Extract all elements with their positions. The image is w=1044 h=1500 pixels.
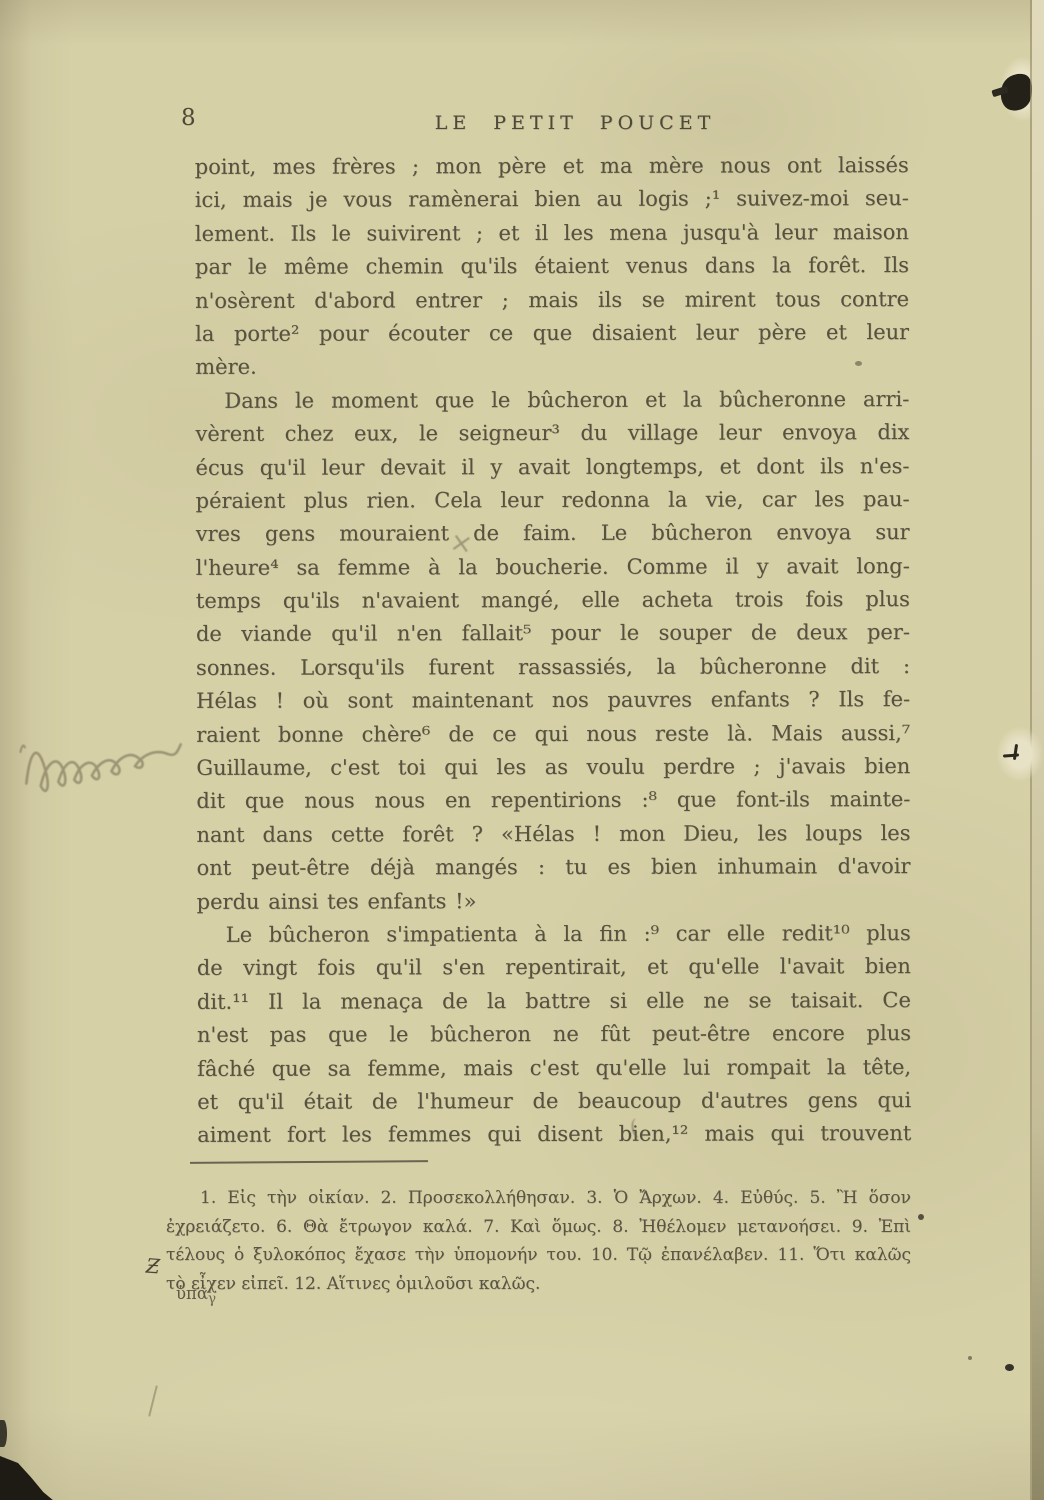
text-line: ici, mais je vous ramènerai bien au logi… — [195, 182, 909, 217]
running-title: LE PETIT POUCET — [230, 112, 920, 134]
footnote-separator-rule — [190, 1160, 428, 1164]
page-number: 8 — [181, 105, 196, 131]
catchword-tail: γ — [208, 1291, 216, 1307]
footnote-line: 1. Εἰς τὴν οἰκίαν. 2. Προσεκολλήθησαν. 3… — [166, 1184, 911, 1213]
footnote-line: ἐχρειάζετο. 6. Θὰ ἔτρωγον καλά. 7. Καὶ ὅ… — [166, 1213, 911, 1242]
text-line: Le bûcheron s'impatienta à la fin :⁹ car… — [197, 917, 911, 952]
footnote-line: τέλους ὁ ξυλοκόπος ἔχασε τὴν ὑπομονήν το… — [166, 1241, 911, 1270]
paper-speck — [968, 1356, 972, 1360]
text-line: mère. — [195, 349, 909, 384]
text-line: Dans le moment que le bûcheron et la bûc… — [195, 383, 909, 418]
text-line: la porte² pour écouter ce que disaient l… — [195, 316, 909, 351]
text-line: dit que nous nous en repentirions :⁸ que… — [196, 783, 910, 818]
text-line: n'osèrent d'abord entrer ; mais ils se m… — [195, 283, 909, 318]
paper-speck — [1005, 1364, 1014, 1371]
catchword: ὑπάγ — [176, 1284, 216, 1307]
text-line: de vingt fois qu'il s'en repentirait, et… — [197, 950, 911, 985]
text-line: nant dans cette forêt ? «Hélas ! mon Die… — [196, 817, 910, 852]
text-line: écus qu'il leur devait il y avait longte… — [195, 450, 909, 485]
torn-edge-notch — [0, 1420, 7, 1447]
footnote-line: τὸ εἶχεν εἰπεῖ. 12. Αἵτινες ὁμιλοῦσι καλ… — [166, 1270, 911, 1299]
scanned-book-page: 8 LE PETIT POUCET point, mes frères ; mo… — [0, 0, 1044, 1500]
main-text: point, mes frères ; mon père et ma mère … — [195, 149, 912, 1153]
text-line: vèrent chez eux, le seigneur³ du village… — [195, 416, 909, 451]
text-line: sonnes. Lorsqu'ils furent rassassiés, la… — [196, 650, 910, 685]
text-line: ont peut-être déjà mangés : tu es bien i… — [197, 850, 911, 885]
text-line: n'est pas que le bûcheron ne fût peut-êt… — [197, 1017, 911, 1052]
text-line: perdu ainsi tes enfants !» — [197, 884, 911, 919]
text-line: Guillaume, c'est toi qui les as voulu pe… — [196, 750, 910, 785]
margin-dot — [918, 1214, 924, 1220]
text-line: fâché que sa femme, mais c'est qu'elle l… — [197, 1051, 911, 1086]
text-line: temps qu'ils n'avaient mangé, elle achet… — [196, 583, 910, 618]
text-line: dit.¹¹ Il la menaça de la battre si elle… — [197, 984, 911, 1019]
text-line: péraient plus rien. Cela leur redonna la… — [196, 483, 910, 518]
text-line: par le même chemin qu'ils étaient venus … — [195, 249, 909, 284]
footnotes-block: 1. Εἰς τὴν οἰκίαν. 2. Προσεκολλήθησαν. 3… — [166, 1184, 911, 1298]
text-line: l'heure⁴ sa femme à la boucherie. Comme … — [196, 550, 910, 585]
pencil-handwriting — [13, 702, 193, 817]
text-line: Hélas ! où sont maintenant nos pauvres e… — [196, 683, 910, 718]
text-line: point, mes frères ; mon père et ma mère … — [195, 149, 909, 184]
paper-speck — [855, 361, 862, 366]
text-line: lement. Ils le suivirent ; et il les men… — [195, 216, 909, 251]
text-line: et qu'il était de l'humeur de beaucoup d… — [197, 1084, 911, 1119]
text-line: raient bonne chère⁶ de ce qui nous reste… — [196, 717, 910, 752]
catchword-text: ὑπά — [176, 1284, 208, 1303]
text-line: aiment fort les femmes qui disent bien,¹… — [197, 1117, 911, 1152]
margin-letter-mark: Ƶ — [145, 1254, 161, 1279]
text-line: vres gens mouraient de faim. Le bûcheron… — [196, 516, 910, 551]
torn-corner — [0, 1450, 60, 1500]
text-line: de viande qu'il n'en fallait⁵ pour le so… — [196, 617, 910, 652]
paper-scratch — [148, 1385, 158, 1417]
